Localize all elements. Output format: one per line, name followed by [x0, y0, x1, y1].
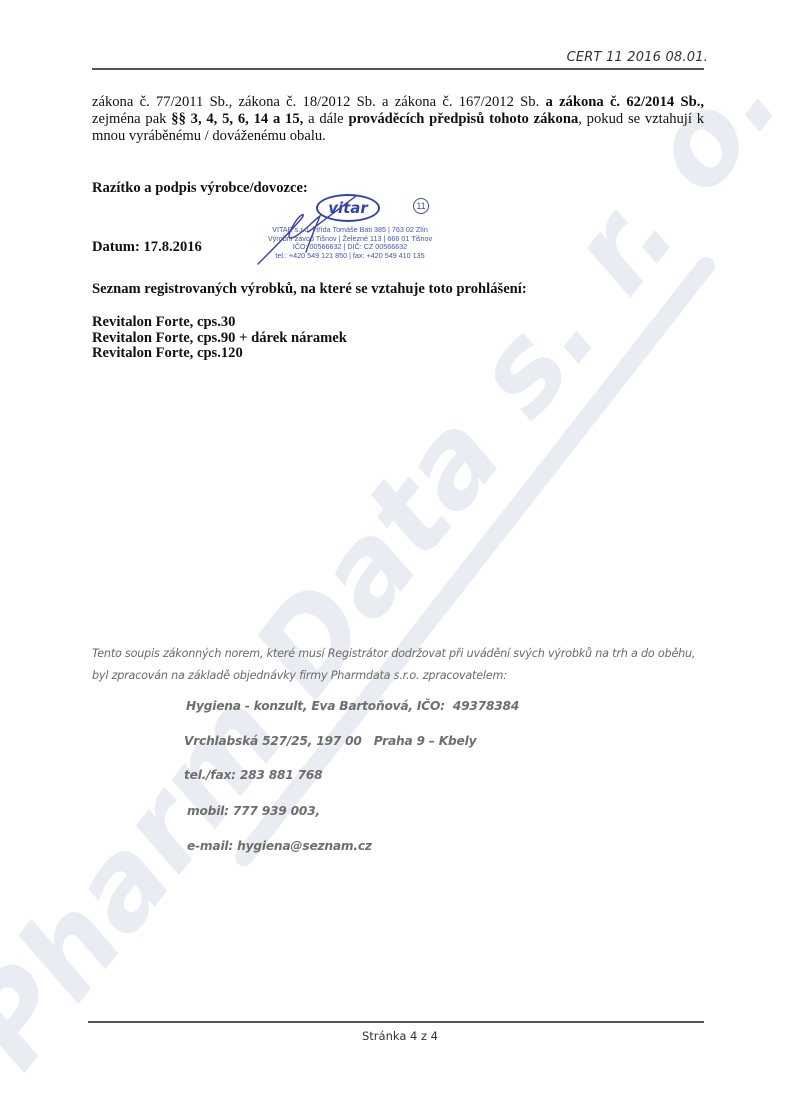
legal-paragraph: zákona č. 77/2011 Sb., zákona č. 18/2012…: [92, 94, 704, 145]
document-reference: CERT 11 2016 08.01.: [567, 50, 708, 65]
product-item: Revitalon Forte, cps.120: [92, 346, 347, 362]
legal-text: a dále: [303, 111, 348, 127]
footer-divider: [88, 1021, 704, 1023]
contact-mobile: mobil: 777 939 003,: [187, 804, 320, 818]
document-page: Pharm Data s. r. o. CERT 11 2016 08.01. …: [0, 0, 800, 1100]
product-list: Revitalon Forte, cps.30 Revitalon Forte,…: [92, 315, 347, 362]
handwritten-signature: [250, 192, 450, 272]
date-label: Datum: 17.8.2016: [92, 239, 202, 256]
legal-text: zákona č. 77/2011 Sb., zákona č. 18/2012…: [92, 94, 546, 110]
company-stamp: vitar 11 VITAR s.r.o. | třída Tomáše Bat…: [250, 192, 450, 268]
legal-text-bold: prováděcích předpisů tohoto zákona: [348, 111, 578, 127]
contact-phone: tel./fax: 283 881 768: [184, 768, 322, 782]
processor-note: Tento soupis zákonných norem, které musí…: [92, 643, 704, 687]
legal-text-bold: a zákona č. 62/2014 Sb.,: [546, 94, 705, 110]
product-item: Revitalon Forte, cps.30: [92, 315, 347, 331]
product-item: Revitalon Forte, cps.90 + dárek náramek: [92, 331, 347, 347]
legal-text-bold: §§ 3, 4, 5, 6, 14 a 15,: [171, 111, 303, 127]
contact-email: e-mail: hygiena@seznam.cz: [187, 839, 372, 853]
page-number: Stránka 4 z 4: [0, 1029, 800, 1043]
header-divider: [92, 68, 704, 70]
contact-company: Hygiena - konzult, Eva Bartoňová, IČO: 4…: [186, 699, 519, 713]
pharmdata-watermark: Pharm Data s. r. o.: [0, 0, 800, 1100]
product-list-heading: Seznam registrovaných výrobků, na které …: [92, 281, 527, 298]
contact-address: Vrchlabská 527/25, 197 00 Praha 9 – Kbel…: [184, 734, 476, 748]
legal-text: zejména pak: [92, 111, 171, 127]
